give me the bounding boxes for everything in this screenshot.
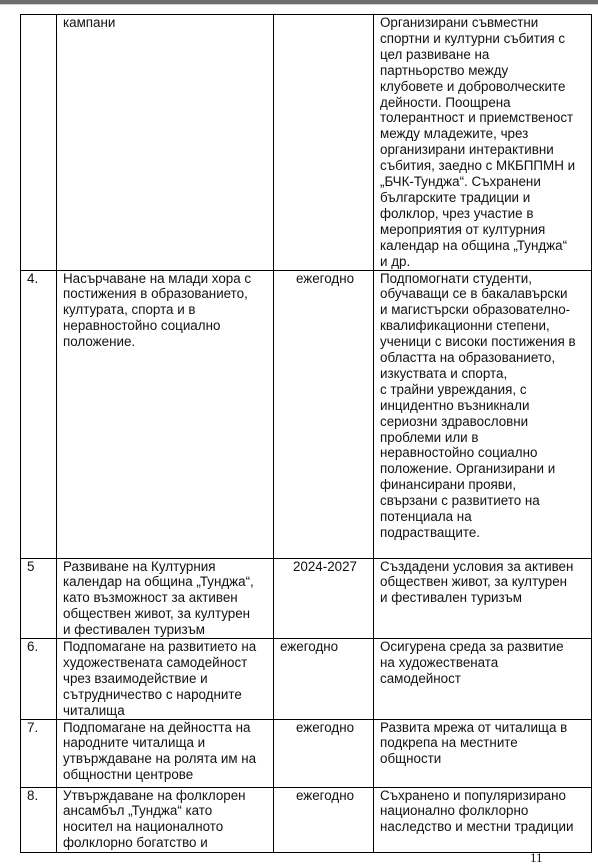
period-cell: ежегодно (274, 719, 374, 787)
viewer-top-edge-shadow (0, 4, 598, 5)
activity-cell: Подпомагане на развитието на художествен… (57, 639, 274, 720)
row-number: 7. (21, 719, 57, 787)
table-row: кампани Организирани съвместни спортни и… (21, 15, 592, 271)
result-cell: Създадени условия за активен обществен ж… (374, 558, 592, 639)
table-row: 7. Подпомагане на дейността на народните… (21, 719, 592, 787)
result-cell: Организирани съвместни спортни и културн… (374, 15, 592, 271)
activity-cell: Развиване на Културния календар на общин… (57, 558, 274, 639)
page-number: 11 (530, 850, 543, 865)
row-number: 8. (21, 787, 57, 852)
period-cell: 2024-2027 (274, 558, 374, 639)
activities-table: кампани Организирани съвместни спортни и… (20, 14, 592, 853)
period-cell: ежегодно (274, 639, 374, 720)
activity-cell: Утвърждаване на фолклорен ансамбъл „Тунд… (57, 787, 274, 852)
table-row: 5 Развиване на Културния календар на общ… (21, 558, 592, 639)
period-cell (274, 15, 374, 271)
activity-cell: Насърчаване на млади хора с постижения в… (57, 270, 274, 558)
result-cell: Съхранено и популяризирано национално фо… (374, 787, 592, 852)
result-cell: Развита мрежа от читалища в подкрепа на … (374, 719, 592, 787)
row-number: 6. (21, 639, 57, 720)
activity-cell: Подпомагане на дейността на народните чи… (57, 719, 274, 787)
period-cell: ежегодно (274, 787, 374, 852)
result-cell: Подпомогнати студенти, обучаващи се в ба… (374, 270, 592, 558)
table-row: 4. Насърчаване на млади хора с постижени… (21, 270, 592, 558)
row-number (21, 15, 57, 271)
row-number: 5 (21, 558, 57, 639)
activity-cell: кампани (57, 15, 274, 271)
table-row: 8. Утвърждаване на фолклорен ансамбъл „Т… (21, 787, 592, 852)
table-row: 6. Подпомагане на развитието на художест… (21, 639, 592, 720)
row-number: 4. (21, 270, 57, 558)
period-cell: ежегодно (274, 270, 374, 558)
result-cell: Осигурена среда за развитие на художеств… (374, 639, 592, 720)
